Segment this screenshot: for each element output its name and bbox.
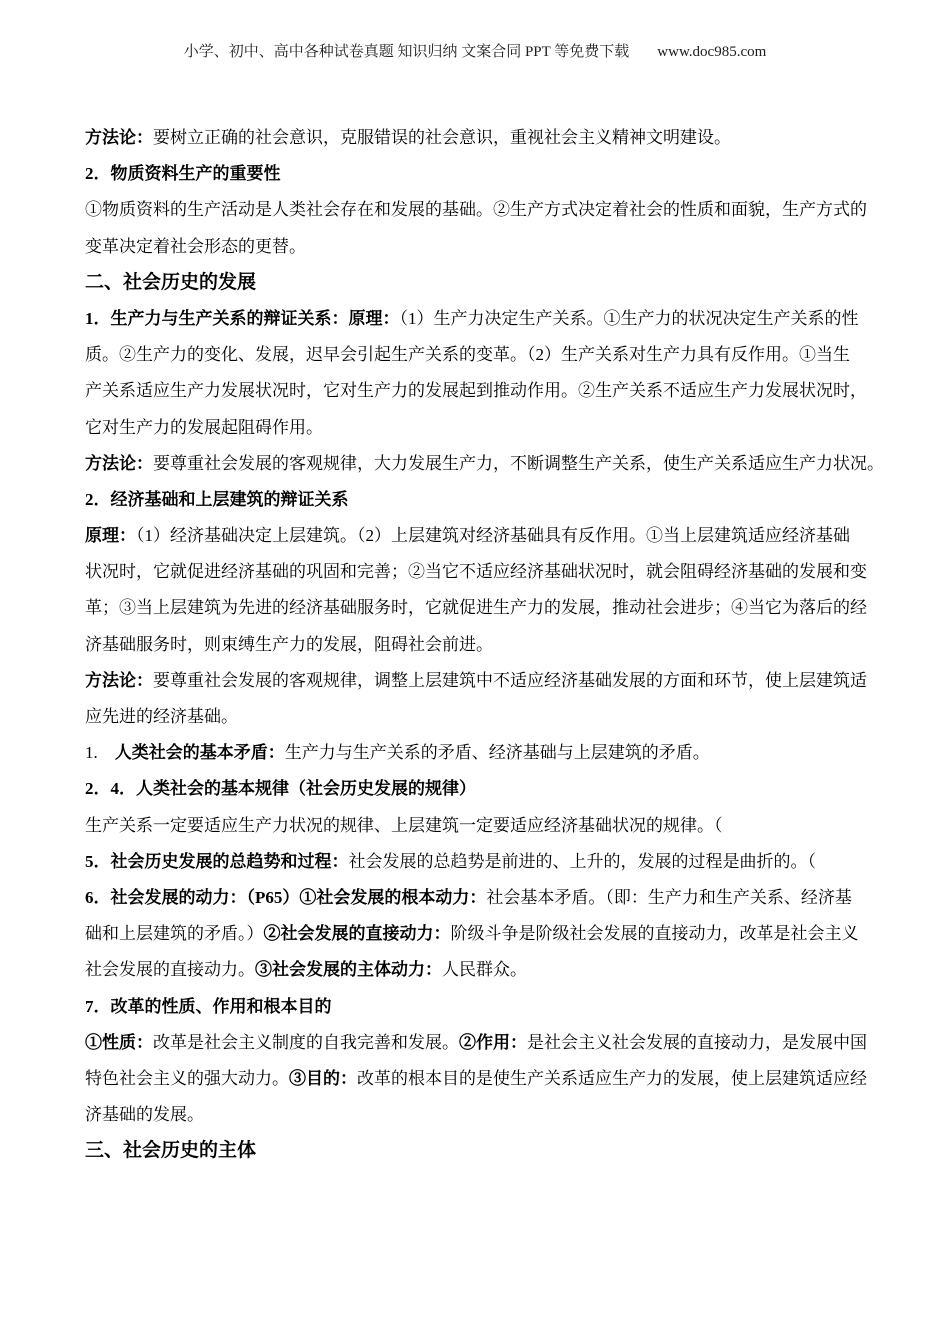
- text-line: 方法论：要尊重社会发展的客观规律，大力发展生产力，不断调整生产关系，使生产关系适…: [85, 446, 869, 482]
- text-run-bold: 6．社会发展的动力：（P65）①社会发展的根本动力：: [85, 888, 486, 907]
- text-run-bold: 二、社会历史的发展: [85, 272, 256, 293]
- text-run-bold: ③目的：: [289, 1069, 357, 1088]
- section-heading: 二、社会历史的发展: [85, 265, 869, 301]
- text-run: 变革决定着社会形态的更替。: [85, 237, 306, 256]
- text-line: 应先进的经济基础。: [85, 699, 869, 735]
- text-run: 要尊重社会发展的客观规律，大力发展生产力，不断调整生产关系，使生产关系适应生产力…: [153, 454, 884, 473]
- text-run-bold: 1．生产力与生产关系的辩证关系：原理：: [85, 309, 400, 328]
- text-line: 它对生产力的发展起阻碍作用。: [85, 410, 869, 446]
- text-run: 础和上层建筑的矛盾。）: [85, 924, 264, 943]
- text-run-bold: 2．经济基础和上层建筑的辩证关系: [85, 490, 349, 509]
- text-run: 是社会主义社会发展的直接动力，是发展中国: [527, 1033, 867, 1052]
- text-line: 7．改革的性质、作用和根本目的: [85, 989, 869, 1025]
- text-run: 生产关系一定要适应生产力状况的规律、上层建筑一定要适应经济基础状况的规律。（: [85, 816, 723, 835]
- text-run: 济基础服务时，则束缚生产力的发展，阻碍社会前进。: [85, 635, 493, 654]
- text-run-bold: 7．改革的性质、作用和根本目的: [85, 997, 332, 1016]
- text-line: 6．社会发展的动力：（P65）①社会发展的根本动力：社会基本矛盾。（即：生产力和…: [85, 880, 869, 916]
- document-body: 方法论：要树立正确的社会意识，克服错误的社会意识，重视社会主义精神文明建设。2．…: [85, 120, 869, 1169]
- text-line: 1. 人类社会的基本矛盾：生产力与生产关系的矛盾、经济基础与上层建筑的矛盾。: [85, 735, 869, 771]
- header-note: 小学、初中、高中各种试卷真题 知识归纳 文案合同 PPT 等免费下载: [184, 44, 630, 60]
- text-line: 济基础的发展。: [85, 1097, 869, 1133]
- text-run: 革；③当上层建筑为先进的经济基础服务时，它就促进生产力的发展，推动社会进步；④当…: [85, 598, 867, 617]
- text-run-bold: ③社会发展的主体动力：: [255, 960, 442, 979]
- text-run: 社会发展的直接动力。: [85, 960, 255, 979]
- text-run-bold: 方法论：: [85, 454, 153, 473]
- text-line: ①物质资料的生产活动是人类社会存在和发展的基础。②生产方式决定着社会的性质和面貌…: [85, 192, 869, 228]
- text-run: 改革的根本目的是使生产关系适应生产力的发展，使上层建筑适应经: [357, 1069, 867, 1088]
- text-run-bold: 人类社会的基本矛盾：: [115, 743, 285, 762]
- text-line: 济基础服务时，则束缚生产力的发展，阻碍社会前进。: [85, 627, 869, 663]
- text-line: 2．物质资料生产的重要性: [85, 156, 869, 192]
- text-run-bold: ②社会发展的直接动力：: [264, 924, 451, 943]
- text-run-bold: 三、社会历史的主体: [85, 1140, 256, 1161]
- text-run: 产关系适应生产力发展状况时，它对生产力的发展起到推动作用。②生产关系不适应生产力…: [85, 381, 867, 400]
- text-run: 质。②生产力的变化、发展，迟早会引起生产关系的变革。（2）生产关系对生产力具有反…: [85, 345, 850, 364]
- text-line: 原理：（1）经济基础决定上层建筑。（2）上层建筑对经济基础具有反作用。①当上层建…: [85, 518, 869, 554]
- text-line: 质。②生产力的变化、发展，迟早会引起生产关系的变革。（2）生产关系对生产力具有反…: [85, 337, 869, 373]
- text-line: 社会发展的直接动力。③社会发展的主体动力：人民群众。: [85, 952, 869, 988]
- text-line: 2．经济基础和上层建筑的辩证关系: [85, 482, 869, 518]
- text-run-bold: 方法论：: [85, 128, 153, 147]
- text-run: 社会发展的总趋势是前进的、上升的，发展的过程是曲折的。（: [349, 852, 817, 871]
- text-line: 2．4．人类社会的基本规律（社会历史发展的规律）: [85, 771, 869, 807]
- text-run: 状况时，它就促进经济基础的巩固和完善；②当它不适应经济基础状况时，就会阻碍经济基…: [85, 562, 867, 581]
- text-line: 方法论：要树立正确的社会意识，克服错误的社会意识，重视社会主义精神文明建设。: [85, 120, 869, 156]
- text-line: 产关系适应生产力发展状况时，它对生产力的发展起到推动作用。②生产关系不适应生产力…: [85, 373, 869, 409]
- text-line: 础和上层建筑的矛盾。）②社会发展的直接动力：阶级斗争是阶级社会发展的直接动力，改…: [85, 916, 869, 952]
- text-run: （1）经济基础决定上层建筑。（2）上层建筑对经济基础具有反作用。①当上层建筑适应…: [136, 526, 850, 545]
- text-run-bold: 2．4．人类社会的基本规律（社会历史发展的规律）: [85, 779, 476, 798]
- text-run: 社会基本矛盾。（即：生产力和生产关系、经济基: [486, 888, 852, 907]
- text-line: 方法论：要尊重社会发展的客观规律，调整上层建筑中不适应经济基础发展的方面和环节，…: [85, 663, 869, 699]
- text-run-bold: ②作用：: [459, 1033, 527, 1052]
- text-run: 它对生产力的发展起阻碍作用。: [85, 418, 323, 437]
- text-run: 生产力与生产关系的矛盾、经济基础与上层建筑的矛盾。: [285, 743, 710, 762]
- document-page: { "header": { "note": "小学、初中、高中各种试卷真题 知识…: [0, 0, 950, 1344]
- text-run: 要尊重社会发展的客观规律，调整上层建筑中不适应经济基础发展的方面和环节，使上层建…: [153, 671, 867, 690]
- text-line: 革；③当上层建筑为先进的经济基础服务时，它就促进生产力的发展，推动社会进步；④当…: [85, 590, 869, 626]
- text-run-bold: ①性质：: [85, 1033, 153, 1052]
- text-run: 济基础的发展。: [85, 1105, 204, 1124]
- page-header: 小学、初中、高中各种试卷真题 知识归纳 文案合同 PPT 等免费下载www.do…: [0, 40, 950, 61]
- text-run: 1.: [85, 743, 115, 762]
- text-line: 5．社会历史发展的总趋势和过程：社会发展的总趋势是前进的、上升的，发展的过程是曲…: [85, 844, 869, 880]
- text-run-bold: 2．物质资料生产的重要性: [85, 164, 281, 183]
- text-run-bold: 原理：: [85, 526, 136, 545]
- text-line: 生产关系一定要适应生产力状况的规律、上层建筑一定要适应经济基础状况的规律。（: [85, 808, 869, 844]
- text-run: ①物质资料的生产活动是人类社会存在和发展的基础。②生产方式决定着社会的性质和面貌…: [85, 200, 867, 219]
- text-line: 变革决定着社会形态的更替。: [85, 229, 869, 265]
- text-run: 特色社会主义的强大动力。: [85, 1069, 289, 1088]
- text-run: 应先进的经济基础。: [85, 707, 238, 726]
- text-run: 人民群众。: [442, 960, 527, 979]
- header-url: www.doc985.com: [657, 44, 766, 60]
- text-run: 改革是社会主义制度的自我完善和发展。: [153, 1033, 459, 1052]
- text-run-bold: 5．社会历史发展的总趋势和过程：: [85, 852, 349, 871]
- text-line: 特色社会主义的强大动力。③目的：改革的根本目的是使生产关系适应生产力的发展，使上…: [85, 1061, 869, 1097]
- text-run: （1）生产力决定生产关系。①生产力的状况决定生产关系的性: [400, 309, 859, 328]
- text-run: 要树立正确的社会意识，克服错误的社会意识，重视社会主义精神文明建设。: [153, 128, 731, 147]
- text-line: 1．生产力与生产关系的辩证关系：原理：（1）生产力决定生产关系。①生产力的状况决…: [85, 301, 869, 337]
- text-run: 阶级斗争是阶级社会发展的直接动力，改革是社会主义: [451, 924, 859, 943]
- text-run-bold: 方法论：: [85, 671, 153, 690]
- section-heading: 三、社会历史的主体: [85, 1133, 869, 1169]
- text-line: 状况时，它就促进经济基础的巩固和完善；②当它不适应经济基础状况时，就会阻碍经济基…: [85, 554, 869, 590]
- text-line: ①性质：改革是社会主义制度的自我完善和发展。②作用：是社会主义社会发展的直接动力…: [85, 1025, 869, 1061]
